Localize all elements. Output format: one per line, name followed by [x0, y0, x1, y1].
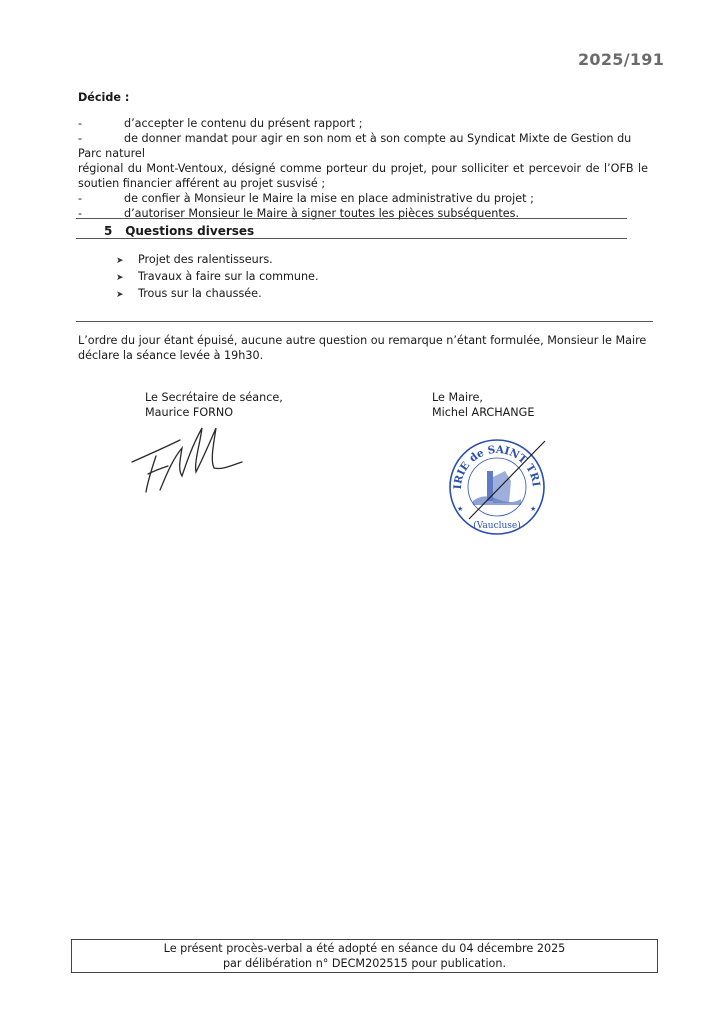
publication-line-2: par délibération n° DECM202515 pour publ… [72, 956, 657, 971]
mayor-block: Le Maire, Michel ARCHANGE [432, 390, 534, 420]
section-heading: 5 Questions diverses [104, 224, 254, 238]
stamp-bottom-text: (Vaucluse) [473, 520, 521, 531]
secretary-signature [130, 420, 250, 500]
page-number: 2025/191 [578, 50, 664, 69]
decision-item-continuation: régional du Mont-Ventoux, désigné comme … [78, 161, 648, 191]
list-item-text: Travaux à faire sur la commune. [138, 270, 319, 283]
decision-heading: Décide : [78, 90, 129, 105]
arrow-bullet-icon: ➤ [116, 288, 138, 303]
decision-item: -de confier à Monsieur le Maire la mise … [78, 191, 648, 206]
list-item: ➤Travaux à faire sur la commune. [116, 269, 319, 286]
publication-notice: Le présent procès-verbal a été adopté en… [71, 939, 658, 973]
secretary-role: Le Secrétaire de séance, [145, 390, 283, 405]
stamp-star-icon: ★ [530, 505, 536, 513]
mayor-stamp: MAIRIE de SAINT TRINIT (Vaucluse) ★ ★ [447, 437, 547, 537]
questions-list: ➤Projet des ralentisseurs. ➤Travaux à fa… [116, 252, 319, 303]
secretary-name: Maurice FORNO [145, 405, 283, 420]
section-rule-bottom [76, 238, 627, 239]
section-rule-top [76, 218, 627, 219]
closing-rule [76, 321, 653, 322]
decision-item: -de donner mandat pour agir en son nom e… [78, 131, 648, 191]
mayor-name: Michel ARCHANGE [432, 405, 534, 420]
closing-paragraph: L’ordre du jour étant épuisé, aucune aut… [78, 333, 653, 363]
decision-item: -d’accepter le contenu du présent rappor… [78, 116, 648, 131]
stamp-emblem-icon [473, 471, 521, 505]
list-item: ➤Trous sur la chaussée. [116, 286, 319, 303]
decision-item-text: d’accepter le contenu du présent rapport… [124, 117, 363, 130]
arrow-bullet-icon: ➤ [116, 271, 138, 286]
decision-item-text: de confier à Monsieur le Maire la mise e… [124, 192, 534, 205]
section-number: 5 [104, 224, 121, 238]
bullet-dash: - [78, 191, 82, 206]
list-item: ➤Projet des ralentisseurs. [116, 252, 319, 269]
decision-list: -d’accepter le contenu du présent rappor… [78, 116, 648, 221]
mayor-role: Le Maire, [432, 390, 534, 405]
bullet-dash: - [78, 131, 82, 146]
section-title: Questions diverses [125, 224, 254, 238]
publication-line-1: Le présent procès-verbal a été adopté en… [72, 940, 657, 956]
stamp-star-icon: ★ [457, 505, 463, 513]
bullet-dash: - [78, 116, 82, 131]
list-item-text: Projet des ralentisseurs. [138, 253, 273, 266]
secretary-block: Le Secrétaire de séance, Maurice FORNO [145, 390, 283, 420]
decision-item-text: de donner mandat pour agir en son nom et… [78, 132, 631, 160]
arrow-bullet-icon: ➤ [116, 254, 138, 269]
list-item-text: Trous sur la chaussée. [138, 287, 262, 300]
